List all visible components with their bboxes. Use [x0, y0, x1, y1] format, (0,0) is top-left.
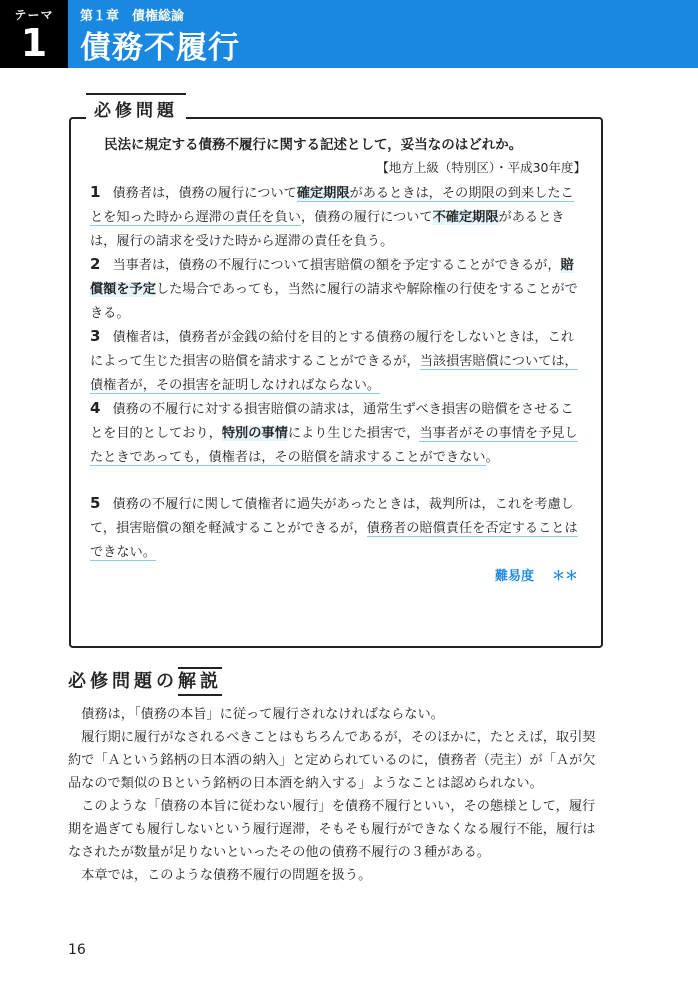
- choice-5: 5債務の不履行に関して債権者に過失があったときは，裁判所は，これを考慮して，損害…: [90, 491, 585, 565]
- difficulty-label: 難易度: [495, 569, 534, 584]
- theme-badge: テーマ 1: [0, 0, 68, 68]
- choice-number: 2: [90, 255, 100, 273]
- explanation-heading-boxed: 解説: [178, 667, 222, 696]
- explanation-paragraph: 履行期に履行がなされるべきことはもちろんであるが，そのほかに，たとえば，取引契約…: [68, 726, 608, 795]
- choice-number: 1: [90, 183, 100, 201]
- choice-number: 5: [90, 494, 100, 512]
- choice-1: 1債務者は，債務の履行について確定期限があるときは，その期限の到来したことを知っ…: [90, 180, 585, 254]
- theme-number: 1: [0, 23, 68, 63]
- question-text: 民法に規定する債務不履行に関する記述として，妥当なのはどれか。: [104, 133, 522, 153]
- explanation-body: 債務は，「債務の本旨」に従って履行されなければならない。 履行期に履行がなされる…: [68, 703, 608, 887]
- explanation-paragraph: 債務は，「債務の本旨」に従って履行されなければならない。: [68, 703, 608, 726]
- choice-2: 2当事者は，債務の不履行について損害賠償の額を予定することができるが，賠償額を予…: [90, 252, 585, 326]
- question-source: 【地方上級（特別区）・平成30年度】: [376, 158, 586, 176]
- explanation-paragraph: 本章では，このような債務不履行の問題を扱う。: [68, 864, 608, 887]
- choice-4: 4債務の不履行に対する損害賠償の請求は，通常生ずべき損害の賠償をさせることを目的…: [90, 396, 585, 470]
- explanation-paragraph: このような「債務の本旨に従わない履行」を債務不履行といい，その態様として，履行期…: [68, 795, 608, 864]
- problem-tab-label: 必修問題: [86, 93, 186, 133]
- choice-number: 3: [90, 327, 100, 345]
- chapter-header: テーマ 1 第１章 債権総論 債務不履行: [0, 0, 698, 68]
- difficulty-rating: 難易度＊＊: [495, 565, 578, 584]
- choice-number: 4: [90, 399, 100, 417]
- page-number: 16: [68, 942, 86, 958]
- difficulty-stars: ＊＊: [552, 569, 578, 584]
- page-title: 債務不履行: [80, 22, 240, 67]
- choice-3: 3債権者は，債務者が金銭の給付を目的とする債務の履行をしないときは，これによって…: [90, 324, 585, 398]
- explanation-heading-prefix: 必修問題の: [68, 671, 178, 692]
- explanation-heading: 必修問題の解説: [68, 667, 222, 693]
